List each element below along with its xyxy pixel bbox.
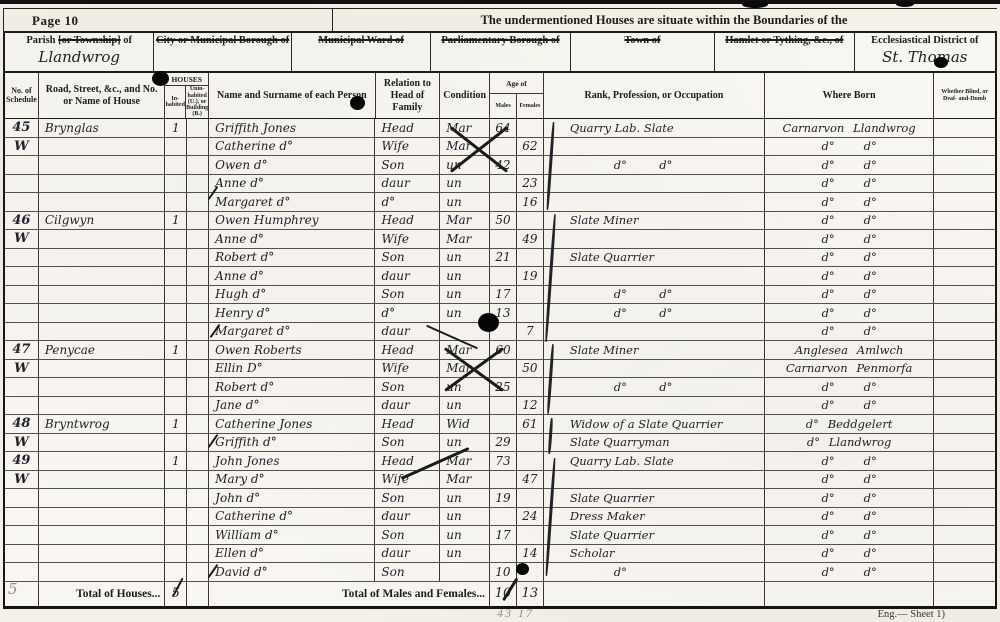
cell-schedule [5,193,39,211]
cell-born: Carnarvon Penmorfa [765,360,934,378]
cell-age-female [517,286,544,304]
totals-spacer [187,582,209,606]
col-born: Where Born [765,73,934,118]
cell-uninhabited [187,304,209,322]
cell-occupation: Quarry Lab. Slate [544,119,765,137]
cell-blind [934,508,995,526]
cell-schedule: 49 [5,452,39,470]
cell-condition: Mar [440,212,490,230]
cell-blind [934,415,995,433]
cell-occupation: d° d° [544,156,765,174]
table-row: Jane d°daurun12d° d° [5,397,995,416]
table-row: Anne d°daurun19d° d° [5,267,995,286]
cell-schedule [5,563,39,581]
cell-house: Penycae [39,341,165,359]
cell-uninhabited [187,267,209,285]
cell-age-male [490,267,517,285]
table-row: 48Bryntwrog1Catherine JonesHeadWid61Wido… [5,415,995,434]
cell-condition: un [440,286,490,304]
field-label: Town of [624,35,660,47]
cell-born: d° d° [765,212,934,230]
cell-inhabited [165,323,187,341]
cell-occupation [544,230,765,248]
cell-born: d° d° [765,267,934,285]
cell-schedule: W [5,138,39,156]
cell-inhabited: 1 [165,341,187,359]
cell-inhabited [165,471,187,489]
col-houses-group: HOUSESIn- habitedUnin- habited (U.), or … [165,73,209,118]
cell-condition [440,563,490,581]
cell-age-male [490,230,517,248]
cell-blind [934,378,995,396]
cell-schedule [5,526,39,544]
cell-name: Owen Humphrey [209,212,375,230]
cell-blind [934,230,995,248]
field-hamlet: Hamlet or Tything, &c., of [715,33,854,71]
cell-age-female [517,434,544,452]
col-females: Females [517,94,543,118]
cell-uninhabited [187,508,209,526]
total-houses-label: Total of Houses... [39,582,166,606]
cell-born: d° d° [765,397,934,415]
cell-uninhabited [187,249,209,267]
cell-uninhabited [187,212,209,230]
cell-uninhabited [187,378,209,396]
col-condition: Condition [440,73,490,118]
cell-condition: un [440,526,490,544]
table-row: William d°Sonun17Slate Quarrierd° d° [5,526,995,545]
cell-name: Griffith Jones [209,119,375,137]
cell-name: Anne d° [209,175,375,193]
table-row: Margaret d°d°un16d° d° [5,193,995,212]
cell-uninhabited [187,175,209,193]
col-inhabited: In- habited [165,86,186,118]
cell-age-female: 23 [517,175,544,193]
cell-age-male [490,471,517,489]
cell-blind [934,545,995,563]
cell-born: d° d° [765,230,934,248]
cell-occupation [544,138,765,156]
cell-blind [934,323,995,341]
cell-house [39,175,165,193]
cell-name: Ellen d° [209,545,375,563]
cell-occupation: Slate Miner [544,212,765,230]
cell-schedule: W [5,360,39,378]
cell-age-male: 13 [490,304,517,322]
cell-house [39,563,165,581]
cell-house [39,434,165,452]
cell-name: Margaret d° [209,323,375,341]
cell-born: d° d° [765,563,934,581]
cell-name: Anne d° [209,230,375,248]
cell-schedule [5,545,39,563]
cell-name: William d° [209,526,375,544]
pencil-note: 43 17 [497,606,534,621]
cell-blind [934,267,995,285]
field-city-borough: City or Municipal Borough of [154,33,291,71]
cell-relation: Son [375,563,440,581]
field-value: Llandwrog [38,48,120,66]
cell-uninhabited [187,156,209,174]
cell-occupation: Slate Quarrier [544,489,765,507]
cell-name: Owen d° [209,156,375,174]
cell-born: d° Beddgelert [765,415,934,433]
cell-occupation: Widow of a Slate Quarrier [544,415,765,433]
cell-born: d° d° [765,452,934,470]
cell-house [39,286,165,304]
cell-schedule: W [5,471,39,489]
cell-schedule [5,304,39,322]
cell-relation: daur [375,323,440,341]
field-municipal-ward: Municipal Ward of [292,33,431,71]
cell-relation: Wife [375,360,440,378]
cell-name: John Jones [209,452,375,470]
cell-uninhabited [187,341,209,359]
cell-uninhabited [187,452,209,470]
cell-born: d° d° [765,249,934,267]
cell-schedule: 46 [5,212,39,230]
cell-born: d° d° [765,526,934,544]
cell-uninhabited [187,415,209,433]
cell-age-male: 21 [490,249,517,267]
table-row: 45Brynglas1Griffith JonesHeadMar64Quarry… [5,119,995,138]
field-value: St. Thomas [882,48,967,66]
cell-born: d° d° [765,323,934,341]
cell-schedule [5,508,39,526]
table-row: WGriffith d°Sonun29Slate Quarrymand° Lla… [5,434,995,453]
table-row: WMary d°WifeMar47d° d° [5,471,995,490]
col-uninhabited: Unin- habited (U.), or Building (B.) [186,86,208,118]
cell-name: Margaret d° [209,193,375,211]
cell-occupation: Quarry Lab. Slate [544,452,765,470]
cell-inhabited [165,397,187,415]
cell-blind [934,434,995,452]
table-row: Margaret d°daur7d° d° [5,323,995,342]
field-label: City or Municipal Borough of [156,35,289,47]
cell-uninhabited [187,230,209,248]
cell-inhabited: 1 [165,452,187,470]
cell-inhabited [165,193,187,211]
cell-blind [934,304,995,322]
cell-inhabited [165,489,187,507]
cell-age-female [517,119,544,137]
sheet-note: Eng.— Sheet 1) [878,609,945,620]
cell-age-male: 42 [490,156,517,174]
cell-house [39,508,165,526]
cell-condition: un [440,434,490,452]
total-houses-value: 5 [165,582,187,606]
cell-age-male: 60 [490,341,517,359]
cell-born: d° d° [765,489,934,507]
cell-uninhabited [187,526,209,544]
cell-blind [934,397,995,415]
cell-born: d° d° [765,471,934,489]
cell-age-female [517,249,544,267]
cell-occupation [544,323,765,341]
cell-inhabited [165,360,187,378]
cell-relation: Wife [375,138,440,156]
page-number-box: Page 10 [3,8,333,32]
cell-house: Bryntwrog [39,415,165,433]
col-name: Name and Surname of each Person [209,73,375,118]
cell-name: Anne d° [209,267,375,285]
cell-condition: Mar [440,452,490,470]
cell-occupation: Slate Quarryman [544,434,765,452]
cell-condition: un [440,397,490,415]
cell-occupation: d° d° [544,304,765,322]
cell-blind [934,156,995,174]
field-parish: Parish [or Township] ofLlandwrog [5,33,154,71]
col-relation: Relation to Head of Family [376,73,441,118]
cell-condition: un [440,545,490,563]
cell-uninhabited [187,138,209,156]
table-row: John d°Sonun19Slate Quarrierd° d° [5,489,995,508]
totals-spacer [765,582,934,606]
cell-inhabited [165,304,187,322]
cell-condition: Mar [440,360,490,378]
cell-age-male: 50 [490,212,517,230]
cell-schedule [5,489,39,507]
cell-relation: Head [375,119,440,137]
cell-age-male: 17 [490,286,517,304]
cell-born: d° d° [765,508,934,526]
cell-house [39,526,165,544]
cell-name: Robert d° [209,249,375,267]
cell-house: Cilgwyn [39,212,165,230]
cell-born: d° d° [765,138,934,156]
cell-occupation: Slate Quarrier [544,249,765,267]
field-label: Ecclesiastical District of [871,35,978,47]
cell-blind [934,360,995,378]
cell-uninhabited [187,434,209,452]
cell-age-female [517,304,544,322]
cell-relation: Wife [375,471,440,489]
col-age: Age of [490,73,543,94]
cell-name: Catherine d° [209,138,375,156]
cell-relation: Head [375,452,440,470]
cell-condition: un [440,304,490,322]
cell-age-female [517,341,544,359]
cell-relation: d° [375,304,440,322]
cell-age-female [517,526,544,544]
cell-name: Catherine d° [209,508,375,526]
cell-inhabited [165,434,187,452]
cell-uninhabited [187,323,209,341]
cell-uninhabited [187,119,209,137]
cell-blind [934,341,995,359]
cell-relation: Son [375,249,440,267]
cell-schedule [5,267,39,285]
total-males-females-label: Total of Males and Females... [209,582,490,606]
cell-schedule: 47 [5,341,39,359]
cell-relation: Son [375,526,440,544]
field-label: Parish [or Township] of [26,35,132,47]
table-row: Ellen d°daurun14Scholard° d° [5,545,995,564]
field-label: Municipal Ward of [318,35,404,47]
cell-schedule [5,156,39,174]
cell-house [39,489,165,507]
totals-spacer [934,582,995,606]
cell-relation: Son [375,286,440,304]
cell-age-female [517,378,544,396]
cell-condition: Mar [440,471,490,489]
cell-house [39,193,165,211]
cell-name: John d° [209,489,375,507]
cell-inhabited: 1 [165,212,187,230]
cell-house [39,360,165,378]
table-row: Robert d°Sonun25d° d°d° d° [5,378,995,397]
cell-relation: Wife [375,230,440,248]
cell-occupation [544,397,765,415]
locality-field-band: Parish [or Township] ofLlandwrogCity or … [3,31,997,73]
cell-blind [934,119,995,137]
table-row: 46Cilgwyn1Owen HumphreyHeadMar50Slate Mi… [5,212,995,231]
cell-born: d° d° [765,304,934,322]
cell-age-male: 10 [490,563,517,581]
cell-occupation [544,471,765,489]
cell-inhabited [165,378,187,396]
table-header-row: No. of ScheduleRoad, Street, &c., and No… [5,73,995,119]
cell-name: Ellin D° [209,360,375,378]
cell-condition: Mar [440,230,490,248]
cell-age-female: 19 [517,267,544,285]
cell-relation: daur [375,397,440,415]
cell-born: d° Llandwrog [765,434,934,452]
cell-blind [934,249,995,267]
table-row: Henry d°d°un13d° d°d° d° [5,304,995,323]
cell-age-female: 62 [517,138,544,156]
table-row: 491John JonesHeadMar73Quarry Lab. Slated… [5,452,995,471]
cell-uninhabited [187,286,209,304]
cell-age-female: 24 [517,508,544,526]
cell-relation: Son [375,434,440,452]
field-label: Hamlet or Tything, &c., of [725,35,843,47]
cell-blind [934,212,995,230]
cell-house [39,452,165,470]
table-row: WAnne d°WifeMar49d° d° [5,230,995,249]
cell-age-female: 14 [517,545,544,563]
scan-top-edge [0,0,1000,4]
cell-name: Mary d° [209,471,375,489]
cell-inhabited [165,286,187,304]
cell-born: Anglesea Amlwch [765,341,934,359]
cell-age-male: 17 [490,526,517,544]
cell-age-female [517,452,544,470]
cell-relation: Son [375,156,440,174]
cell-name: Griffith d° [209,434,375,452]
cell-age-male [490,175,517,193]
cell-schedule [5,249,39,267]
cell-born: d° d° [765,545,934,563]
cell-blind [934,452,995,470]
cell-occupation: d° [544,563,765,581]
cell-age-female [517,489,544,507]
cell-age-male: 73 [490,452,517,470]
cell-name: Hugh d° [209,286,375,304]
form-heading: The undermentioned Houses are situate wi… [331,8,997,32]
table-row: Robert d°Sonun21Slate Quarrierd° d° [5,249,995,268]
cell-condition: un [440,489,490,507]
cell-inhabited [165,138,187,156]
table-row: WEllin D°WifeMar50Carnarvon Penmorfa [5,360,995,379]
cell-age-male [490,138,517,156]
cell-house [39,156,165,174]
cell-age-male: 64 [490,119,517,137]
cell-uninhabited [187,193,209,211]
cell-age-male [490,323,517,341]
cell-uninhabited [187,563,209,581]
cell-house [39,249,165,267]
cell-condition [440,323,490,341]
page-number: Page 10 [4,13,78,29]
col-occupation: Rank, Profession, or Occupation [544,73,765,118]
cell-age-male: 25 [490,378,517,396]
cell-uninhabited [187,471,209,489]
cell-name: Catherine Jones [209,415,375,433]
cell-house [39,138,165,156]
cell-condition: Mar [440,138,490,156]
cell-inhabited [165,526,187,544]
table-row: Anne d°daurun23d° d° [5,175,995,194]
cell-age-female [517,156,544,174]
cell-occupation [544,193,765,211]
cell-name: Jane d° [209,397,375,415]
cell-condition: un [440,378,490,396]
cell-relation: daur [375,545,440,563]
enumeration-table: No. of ScheduleRoad, Street, &c., and No… [3,73,997,609]
cell-name: Owen Roberts [209,341,375,359]
cell-house [39,471,165,489]
cell-schedule [5,323,39,341]
cell-house [39,304,165,322]
cell-condition: un [440,156,490,174]
cell-relation: Head [375,415,440,433]
cell-inhabited [165,267,187,285]
cell-age-female: 50 [517,360,544,378]
cell-occupation: d° d° [544,286,765,304]
cell-relation: daur [375,175,440,193]
cell-born: Carnarvon Llandwrog [765,119,934,137]
cell-born: d° d° [765,193,934,211]
cell-schedule [5,378,39,396]
cell-occupation: Scholar [544,545,765,563]
cell-occupation: Slate Miner [544,341,765,359]
cell-age-female: 61 [517,415,544,433]
cell-inhabited [165,156,187,174]
cell-schedule: 48 [5,415,39,433]
cell-age-female: 47 [517,471,544,489]
cell-relation: Head [375,341,440,359]
cell-house [39,545,165,563]
cell-inhabited [165,249,187,267]
col-houses: HOUSES [165,73,208,86]
cell-occupation [544,175,765,193]
cell-uninhabited [187,545,209,563]
cell-schedule: W [5,434,39,452]
census-page: Page 10 The undermentioned Houses are si… [0,0,1000,622]
col-age-group: Age ofMalesFemales [490,73,544,118]
cell-occupation: d° d° [544,378,765,396]
cell-uninhabited [187,397,209,415]
cell-relation: Son [375,378,440,396]
cell-inhabited [165,175,187,193]
field-ecclesiastical-district: Ecclesiastical District ofSt. Thomas [855,33,995,71]
cell-name: Robert d° [209,378,375,396]
cell-uninhabited [187,360,209,378]
cell-condition: un [440,175,490,193]
cell-blind [934,175,995,193]
cell-relation: Son [375,489,440,507]
